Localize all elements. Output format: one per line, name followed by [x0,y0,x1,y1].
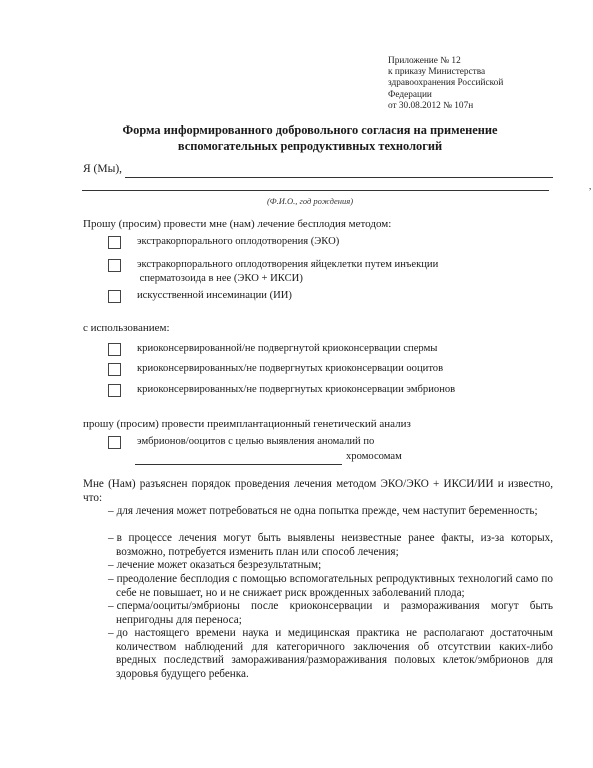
checkbox-oocytes[interactable] [108,363,121,376]
explanation-item: –преодоление бесплодия с помощью вспомог… [108,573,553,600]
title-line-2: вспомогательных репродуктивных технологи… [60,139,560,155]
dash: – [108,600,114,612]
name-label: Я (Мы), [83,163,122,175]
explanation-item: –лечение может оказаться безрезультатным… [108,559,553,573]
option-label: криоконсервированных/не подвергнутых кри… [137,383,455,397]
item-text: преодоление бесплодия с помощью вспомога… [116,573,553,599]
option-label: криоконсервированных/не подвергнутых кри… [137,362,443,376]
item-text: до настоящего времени наука и медицинска… [116,627,553,680]
chromosome-suffix: хромосомам [346,451,402,462]
option-label: эмбрионов/ооцитов с целью выявления аном… [137,435,374,449]
appendix-line: от 30.08.2012 № 107н [388,101,503,112]
name-input-line-2[interactable] [82,190,549,191]
option-label: экстракорпорального оплодотворения (ЭКО) [137,235,339,249]
option-label-line-2: сперматозоида в нее (ЭКО + ИКСИ) [137,272,438,286]
checkbox-eko-iksi[interactable] [108,259,121,272]
appendix-line: Федерации [388,90,503,101]
explanation-item: –в процессе лечения могут быть выявлены … [108,532,553,559]
explanation-item: –до настоящего времени наука и медицинск… [108,627,553,681]
usage-heading: с использованием: [83,322,170,334]
dash: – [108,573,114,585]
item-text: для лечения может потребоваться не одна … [117,505,538,517]
appendix-line: к приказу Министерства [388,67,503,78]
title-line-1: Форма информированного добровольного сог… [60,123,560,139]
dash: – [108,532,114,544]
dash: – [108,627,114,639]
name-trailing-comma: , [589,181,591,191]
checkbox-eko[interactable] [108,236,121,249]
name-input-line-1[interactable] [125,177,553,178]
dash: – [108,559,114,571]
document-title: Форма информированного добровольного сог… [60,123,560,154]
option-label: экстракорпорального оплодотворения яйцек… [137,258,438,286]
genetic-heading: прошу (просим) провести преимплантационн… [83,418,411,430]
option-label: искусственной инсеминации (ИИ) [137,289,292,303]
checkbox-genetic[interactable] [108,436,121,449]
checkbox-ii[interactable] [108,290,121,303]
option-label: криоконсервированной/не подвергнутой кри… [137,342,437,356]
option-label-line-1: экстракорпорального оплодотворения яйцек… [137,258,438,272]
appendix-line: здравоохранения Российской [388,78,503,89]
item-text: сперма/ооциты/эмбрионы после криоконсерв… [116,600,553,626]
checkbox-sperm[interactable] [108,343,121,356]
explanation-item: –сперма/ооциты/эмбрионы после криоконсер… [108,600,553,627]
item-text: лечение может оказаться безрезультатным; [117,559,322,571]
item-text: в процессе лечения могут быть выявлены н… [116,532,553,558]
checkbox-embryos[interactable] [108,384,121,397]
explanation-intro: Мне (Нам) разъяснен порядок проведения л… [83,478,553,505]
appendix-line: Приложение № 12 [388,56,503,67]
name-caption: (Ф.И.О., год рождения) [60,196,560,206]
treatment-heading: Прошу (просим) провести мне (нам) лечени… [83,218,391,230]
appendix-note: Приложение № 12 к приказу Министерства з… [388,56,503,112]
dash: – [108,505,114,517]
chromosome-input-line[interactable] [135,464,342,465]
explanation-item: –для лечения может потребоваться не одна… [83,505,553,519]
